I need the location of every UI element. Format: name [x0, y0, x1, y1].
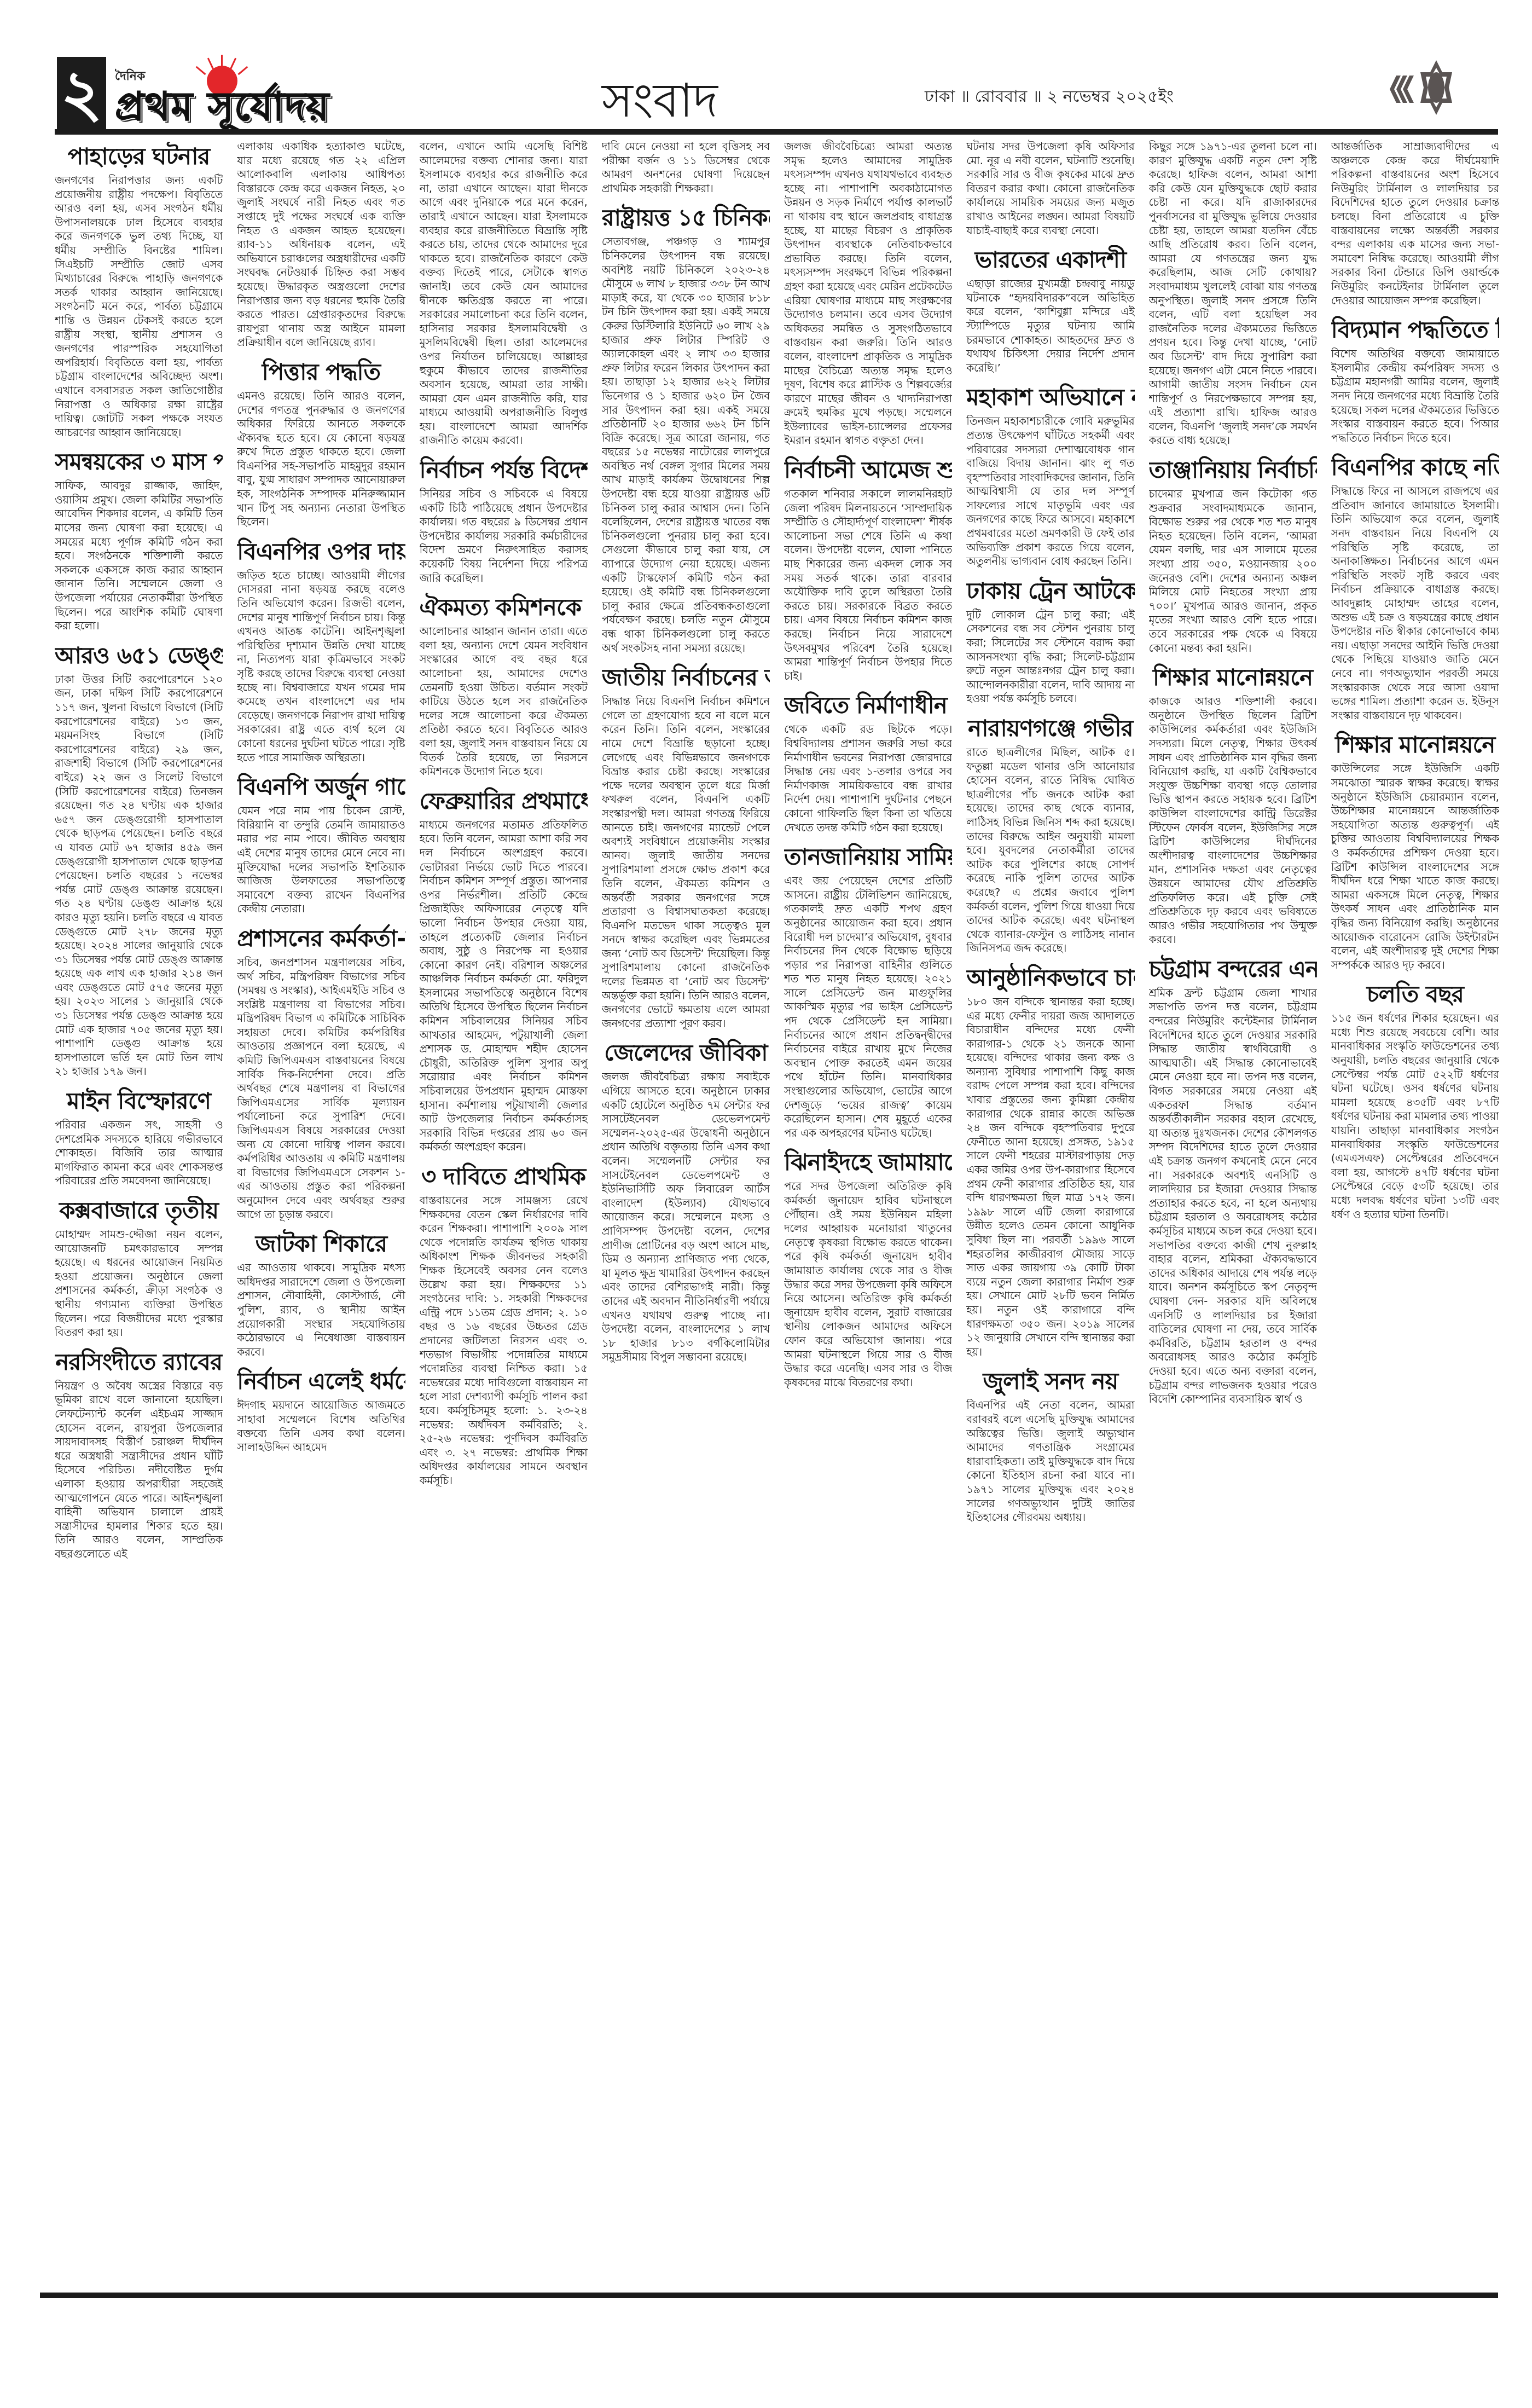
story-body: ঈদগাহ ময়দানে আয়োজিত আজমতে সাহাবা সম্মে… — [237, 1398, 405, 1454]
story-headline[interactable]: তাঞ্জানিয়ায় নির্বাচনি — [1149, 455, 1317, 485]
page-number: ২ — [57, 57, 106, 129]
story-headline[interactable]: জেলেদের জীবিকা — [602, 1038, 770, 1068]
story-headline[interactable]: কক্সবাজারে তৃতীয় — [55, 1196, 223, 1225]
star-emblem-icon — [1417, 60, 1455, 115]
news-story[interactable]: ভারতের একাদশীএছাড়া রাজ্যের মুখ্যমন্ত্রী… — [966, 245, 1134, 375]
story-body: কাজকে আরও শক্তিশালী করবে। অনুষ্ঠানে উপস্… — [1149, 694, 1317, 947]
news-story[interactable]: মহাকাশ অভিযানে নতুনতিনজন মহাকাশচারীকে গো… — [966, 383, 1134, 569]
sun-ray-icon — [207, 57, 214, 69]
news-story[interactable]: দাবি মেনে নেওয়া না হলে বৃত্তিসহ সব পরীক… — [602, 140, 770, 195]
story-headline[interactable]: প্রশাসনের কর্মকর্তা-কর্মচারীদের — [237, 924, 405, 953]
article-columns: পাহাড়ের ঘটনারজনগণের নিরাপত্তার জন্য একট… — [55, 140, 1499, 2285]
column-4: দাবি মেনে নেওয়া না হলে বৃত্তিসহ সব পরীক… — [602, 140, 770, 2285]
story-headline[interactable]: ৩ দাবিতে প্রাথমিক — [420, 1162, 588, 1191]
sun-ray-icon — [230, 57, 236, 69]
story-headline[interactable]: বিদ্যমান পদ্ধতিতে নির্বাচনের — [1331, 315, 1499, 345]
story-headline[interactable]: ঝিনাইদহে জামায়াতের — [784, 1148, 952, 1177]
story-body: এছাড়া রাজ্যের মুখ্যমন্ত্রী চন্দ্রবাবু ন… — [966, 277, 1134, 375]
news-story[interactable]: প্রশাসনের কর্মকর্তা-কর্মচারীদেরসচিব, জনপ… — [237, 924, 405, 1222]
story-headline[interactable]: বিএনপির ওপর দায় চাপানো — [237, 537, 405, 566]
sun-ray-icon — [221, 55, 223, 67]
column-1: পাহাড়ের ঘটনারজনগণের নিরাপত্তার জন্য একট… — [55, 140, 223, 2285]
news-story[interactable]: ঐকমত্য কমিশনকে ঐক্যআলোচনার আহ্বান জানান … — [420, 593, 588, 779]
news-story[interactable]: জাতীয় নির্বাচনের আগেসিদ্ধান্ত নিয়ে বিএ… — [602, 663, 770, 1031]
story-body: সচিব, জনপ্রশাসন মন্ত্রণালয়ের সচিব, অর্থ… — [237, 956, 405, 1222]
page-header: ২ দৈনিক প্রথম সূর্যোদয় সংবাদ ঢাকা ॥ রোব… — [55, 55, 1499, 131]
story-headline[interactable]: নির্বাচনী আমেজ শুরু — [784, 455, 952, 485]
column-5: জলজ জীববৈচিত্র্যে আমরা অত্যন্ত সমৃদ্ধ হল… — [784, 140, 952, 2285]
news-story[interactable]: আরও ৬৫১ ডেঙ্গুরোগীঢাকা উত্তর সিটি করপোরে… — [55, 641, 223, 1079]
column-6: ঘটনায় সদর উপজেলা কৃষি অফিসার মো. নূর এ … — [966, 140, 1134, 2285]
story-headline[interactable]: নারায়ণগঞ্জে গভীর — [966, 714, 1134, 743]
news-story[interactable]: আন্তর্জাতিক সাম্রাজ্যবাদীদের এ অঞ্চলকে ক… — [1331, 140, 1499, 308]
news-story[interactable]: নারায়ণগঞ্জে গভীররাতে ছাত্রলীগের মিছিল, … — [966, 714, 1134, 956]
story-body: জলজ জীববৈচিত্র্যে আমরা অত্যন্ত সমৃদ্ধ হল… — [784, 140, 952, 448]
story-body: শ্রমিক ফ্রন্ট চট্টগ্রাম জেলা শাখার সভাপত… — [1149, 986, 1317, 1406]
story-headline[interactable]: ভারতের একাদশী — [966, 245, 1134, 275]
story-body: ১৮০ জন বন্দিকে স্থানান্তর করা হচ্ছে। এর … — [966, 995, 1134, 1359]
news-story[interactable]: তানজানিয়ায় সামিয়াএবং জয় পেয়েছেন দেশ… — [784, 842, 952, 1140]
news-story[interactable]: কিছুর সঙ্গে ১৯৭১-এর তুলনা চলে না। কারণ ম… — [1149, 140, 1317, 448]
story-body: বলেন, এখানে আমি এসেছি বিশিষ্ট আলেমদের বক… — [420, 140, 588, 448]
story-body: বিশেষ অতিথির বক্তব্যে জামায়াতে ইসলামীর … — [1331, 347, 1499, 445]
story-body: বাস্তবায়নের সঙ্গে সামঞ্জস্য রেখে শিক্ষক… — [420, 1194, 588, 1487]
news-story[interactable]: কক্সবাজারে তৃতীয়মোহাম্মদ সামশু-দ্দৌজা ন… — [55, 1196, 223, 1340]
news-story[interactable]: সমন্বয়কের ৩ মাস পরসাফিক, আবদুর রাজ্জাক,… — [55, 447, 223, 633]
story-body: ঘটনায় সদর উপজেলা কৃষি অফিসার মো. নূর এ … — [966, 140, 1134, 238]
news-story[interactable]: বিএনপির কাছে নতি স্বীকারসিদ্ধান্তে ফিরে … — [1331, 453, 1499, 722]
story-body: ১১৫ জন ধর্ষণের শিকার হয়েছেন। এর মধ্যে শ… — [1331, 1011, 1499, 1222]
news-story[interactable]: জুলাই সনদ নয়বিএনপির এই নেতা বলেন, আমরা … — [966, 1367, 1134, 1524]
story-body: মাধ্যমে জনগণের মতামত প্রতিফলিত হবে। তিনি… — [420, 818, 588, 1154]
news-story[interactable]: রাষ্ট্রায়ত্ত ১৫ চিনিকলেরসেতাবগঞ্জ, পঞ্চ… — [602, 203, 770, 655]
story-body: যেমন পরে নাম পায় চিকেন রোস্ট, বিরিয়ানি… — [237, 804, 405, 916]
news-story[interactable]: জেলেদের জীবিকাজলজ জীববৈচিত্র্য রক্ষায় স… — [602, 1038, 770, 1364]
story-body: চাদেমার মুখপাত্র জন কিটোকা গত শুক্রবার স… — [1149, 487, 1317, 655]
news-story[interactable]: ৩ দাবিতে প্রাথমিকবাস্তবায়নের সঙ্গে সামঞ… — [420, 1162, 588, 1487]
story-body: মোহাম্মদ সামশু-দ্দৌজা নয়ন বলেন, আয়োজনট… — [55, 1228, 223, 1340]
story-headline[interactable]: জবিতে নির্মাণাধীন ভবন — [784, 691, 952, 720]
news-story[interactable]: নরসিংদীতে র‍্যাবেরনিয়ন্ত্রণ ও অবৈধ অস্ত… — [55, 1347, 223, 1561]
story-body: জড়িত হতে চাচ্ছে। আওয়ামী লীগের দোসররা ন… — [237, 569, 405, 765]
story-body: আলোচনার আহ্বান জানান তারা। এতে বলা হয়, … — [420, 624, 588, 779]
news-story[interactable]: বিএনপি অর্জুন গাছেরযেমন পরে নাম পায় চিক… — [237, 772, 405, 916]
story-headline[interactable]: ঢাকায় ট্রেন আটকে — [966, 576, 1134, 606]
story-body: ঢাকা উত্তর সিটি করপোরেশনে ১২০ জন, ঢাকা দ… — [55, 673, 223, 1079]
story-body: গতকাল শনিবার সকালে লালমনিরহাট জেলা পরিষদ… — [784, 487, 952, 683]
news-story[interactable]: তাঞ্জানিয়ায় নির্বাচনিচাদেমার মুখপাত্র … — [1149, 455, 1317, 655]
news-story[interactable]: শিক্ষার মানোন্নয়নেকাজকে আরও শক্তিশালী ক… — [1149, 663, 1317, 947]
story-body: পরে সদর উপজেলা অতিরিক্ত কৃষি কর্মকর্তা জ… — [784, 1179, 952, 1390]
story-body: এলাকায় একাধিক হত্যাকাণ্ড ঘটেছে, যার মধ্… — [237, 140, 405, 350]
news-story[interactable]: আনুষ্ঠানিকভাবে চালু১৮০ জন বন্দিকে স্থানা… — [966, 963, 1134, 1359]
story-body: আন্তর্জাতিক সাম্রাজ্যবাদীদের এ অঞ্চলকে ক… — [1331, 140, 1499, 308]
story-headline[interactable]: নির্বাচন পর্যন্ত বিদেশ — [420, 455, 588, 485]
story-body: সেতাবগঞ্জ, পঞ্চগড় ও শ্যামপুর চিনিকলের উ… — [602, 235, 770, 655]
news-story[interactable]: চলতি বছর১১৫ জন ধর্ষণের শিকার হয়েছেন। এর… — [1331, 980, 1499, 1222]
news-story[interactable]: পিত্তার পদ্ধতিএমনও রয়েছে। তিনি আরও বলেন… — [237, 357, 405, 529]
story-body: সিদ্ধান্ত নিয়ে বিএনপি নির্বাচন কমিশনে গ… — [602, 694, 770, 1031]
story-headline[interactable]: ঐকমত্য কমিশনকে ঐক্য — [420, 593, 588, 622]
column-3: বলেন, এখানে আমি এসেছি বিশিষ্ট আলেমদের বক… — [420, 140, 588, 2285]
story-body: থেকে একটি রড ছিটকে পড়ে। বিশ্ববিদ্যালয় … — [784, 722, 952, 835]
story-body: নিয়ন্ত্রণ ও অবৈধ অস্ত্রের বিস্তারে বড় … — [55, 1379, 223, 1561]
story-headline[interactable]: জাটকা শিকারে — [237, 1229, 405, 1259]
news-story[interactable]: এলাকায় একাধিক হত্যাকাণ্ড ঘটেছে, যার মধ্… — [237, 140, 405, 350]
story-headline[interactable]: বিএনপি অর্জুন গাছের — [237, 772, 405, 802]
story-body: সিনিয়র সচিব ও সচিবকে এ বিষয়ে একটি চিঠি… — [420, 487, 588, 585]
story-headline[interactable]: আরও ৬৫১ ডেঙ্গুরোগী — [55, 641, 223, 670]
story-body: জলজ জীববৈচিত্র্য রক্ষায় সবাইকে এগিয়ে আ… — [602, 1070, 770, 1364]
story-headline[interactable]: পাহাড়ের ঘটনার — [55, 142, 223, 171]
news-story[interactable]: বিএনপির ওপর দায় চাপানোজড়িত হতে চাচ্ছে।… — [237, 537, 405, 765]
story-body: সাফিক, আবদুর রাজ্জাক, জাহিদ, ওয়াসিম প্র… — [55, 479, 223, 633]
news-story[interactable]: বিদ্যমান পদ্ধতিতে নির্বাচনেরবিশেষ অতিথির… — [1331, 315, 1499, 445]
story-body: বিএনপির এই নেতা বলেন, আমরা বরাবরই বলে এস… — [966, 1398, 1134, 1524]
story-headline[interactable]: চলতি বছর — [1331, 980, 1499, 1009]
masthead-logo[interactable]: দৈনিক প্রথম সূর্যোদয় — [115, 55, 498, 131]
footer-divider — [40, 2293, 1498, 2298]
news-story[interactable]: নির্বাচন এলেই ধর্মকেঈদগাহ ময়দানে আয়োজি… — [237, 1367, 405, 1454]
news-story[interactable]: নির্বাচন পর্যন্ত বিদেশসিনিয়র সচিব ও সচি… — [420, 455, 588, 585]
story-body: এর আওতায় থাকবে। সামুদ্রিক মৎস্য অধিদপ্ত… — [237, 1261, 405, 1359]
column-8: আন্তর্জাতিক সাম্রাজ্যবাদীদের এ অঞ্চলকে ক… — [1331, 140, 1499, 2285]
news-story[interactable]: ফেব্রুয়ারির প্রথমার্ধেমাধ্যমে জনগণের মত… — [420, 786, 588, 1154]
story-headline[interactable]: নরসিংদীতে র‍্যাবের — [55, 1347, 223, 1377]
story-body: দুটি লোকাল ট্রেন চালু করা; এই সেকশনের বন… — [966, 608, 1134, 706]
story-body: জনগণের নিরাপত্তার জন্য একটি প্রয়োজনীয় … — [55, 173, 223, 439]
story-headline[interactable]: তানজানিয়ায় সামিয়া — [784, 842, 952, 872]
story-headline[interactable]: জাতীয় নির্বাচনের আগে — [602, 663, 770, 692]
news-story[interactable]: জাটকা শিকারেএর আওতায় থাকবে। সামুদ্রিক ম… — [237, 1229, 405, 1359]
story-headline[interactable]: নির্বাচন এলেই ধর্মকে — [237, 1367, 405, 1396]
news-story[interactable]: বলেন, এখানে আমি এসেছি বিশিষ্ট আলেমদের বক… — [420, 140, 588, 448]
story-body: তিনজন মহাকাশচারীকে গোবি মরুভূমির প্রত্যন… — [966, 414, 1134, 569]
column-7: কিছুর সঙ্গে ১৯৭১-এর তুলনা চলে না। কারণ ম… — [1149, 140, 1317, 2285]
news-story[interactable]: ঘটনায় সদর উপজেলা কৃষি অফিসার মো. নূর এ … — [966, 140, 1134, 238]
story-body: কিছুর সঙ্গে ১৯৭১-এর তুলনা চলে না। কারণ ম… — [1149, 140, 1317, 448]
story-headline[interactable]: বিএনপির কাছে নতি স্বীকার — [1331, 453, 1499, 482]
sun-ray-icon — [196, 66, 206, 75]
story-body: এমনও রয়েছে। তিনি আরও বলেন, দেশের গণতন্ত… — [237, 389, 405, 529]
story-headline[interactable]: চট্টগ্রাম বন্দরের এনসিটি — [1149, 954, 1317, 984]
news-story[interactable]: জবিতে নির্মাণাধীন ভবনথেকে একটি রড ছিটকে … — [784, 691, 952, 835]
story-body: পরিবার একজন সৎ, সাহসী ও দেশপ্রেমিক সদস্য… — [55, 1118, 223, 1188]
story-headline[interactable]: পিত্তার পদ্ধতি — [237, 357, 405, 387]
chevron-arrows-icon — [1390, 76, 1418, 103]
story-headline[interactable]: রাষ্ট্রায়ত্ত ১৫ চিনিকলের — [602, 203, 770, 233]
news-story[interactable]: পাহাড়ের ঘটনারজনগণের নিরাপত্তার জন্য একট… — [55, 142, 223, 439]
news-story[interactable]: মাইন বিস্ফোরণেপরিবার একজন সৎ, সাহসী ও দে… — [55, 1086, 223, 1188]
story-headline[interactable]: আনুষ্ঠানিকভাবে চালু — [966, 963, 1134, 993]
story-body: সিদ্ধান্তে ফিরে না আসলে রাজপথে এর প্রতিব… — [1331, 484, 1499, 722]
story-headline[interactable]: মহাকাশ অভিযানে নতুন — [966, 383, 1134, 412]
date-line: ঢাকা ॥ রোববার ॥ ২ নভেম্বর ২০২৫ইং — [925, 83, 1174, 111]
story-headline[interactable]: সমন্বয়কের ৩ মাস পর — [55, 447, 223, 477]
story-headline[interactable]: ফেব্রুয়ারির প্রথমার্ধে — [420, 786, 588, 816]
story-body: কাউন্সিলের সঙ্গে ইউজিসি একটি সমঝোতা স্মা… — [1331, 762, 1499, 972]
news-story[interactable]: চট্টগ্রাম বন্দরের এনসিটিশ্রমিক ফ্রন্ট চট… — [1149, 954, 1317, 1406]
story-headline[interactable]: জুলাই সনদ নয় — [966, 1367, 1134, 1396]
news-story[interactable]: জলজ জীববৈচিত্র্যে আমরা অত্যন্ত সমৃদ্ধ হল… — [784, 140, 952, 448]
news-story[interactable]: ঝিনাইদহে জামায়াতেরপরে সদর উপজেলা অতিরিক… — [784, 1148, 952, 1390]
story-headline[interactable]: শিক্ষার মানোন্নয়নে — [1149, 663, 1317, 692]
story-body: রাতে ছাত্রলীগের মিছিল, আটক ৫। ফতুল্লা মড… — [966, 745, 1134, 956]
story-body: এবং জয় পেয়েছেন দেশের প্রতিটি আসনে। রাষ… — [784, 874, 952, 1140]
news-story[interactable]: ঢাকায় ট্রেন আটকেদুটি লোকাল ট্রেন চালু ক… — [966, 576, 1134, 706]
news-story[interactable]: শিক্ষার মানোন্নয়নেকাউন্সিলের সঙ্গে ইউজি… — [1331, 730, 1499, 972]
story-headline[interactable]: মাইন বিস্ফোরণে — [55, 1086, 223, 1116]
header-divider — [55, 129, 1498, 135]
sun-ray-icon — [238, 66, 248, 75]
news-story[interactable]: নির্বাচনী আমেজ শুরুগতকাল শনিবার সকালে লা… — [784, 455, 952, 683]
story-headline[interactable]: শিক্ষার মানোন্নয়নে — [1331, 730, 1499, 760]
column-2: এলাকায় একাধিক হত্যাকাণ্ড ঘটেছে, যার মধ্… — [237, 140, 405, 2285]
story-body: দাবি মেনে নেওয়া না হলে বৃত্তিসহ সব পরীক… — [602, 140, 770, 195]
